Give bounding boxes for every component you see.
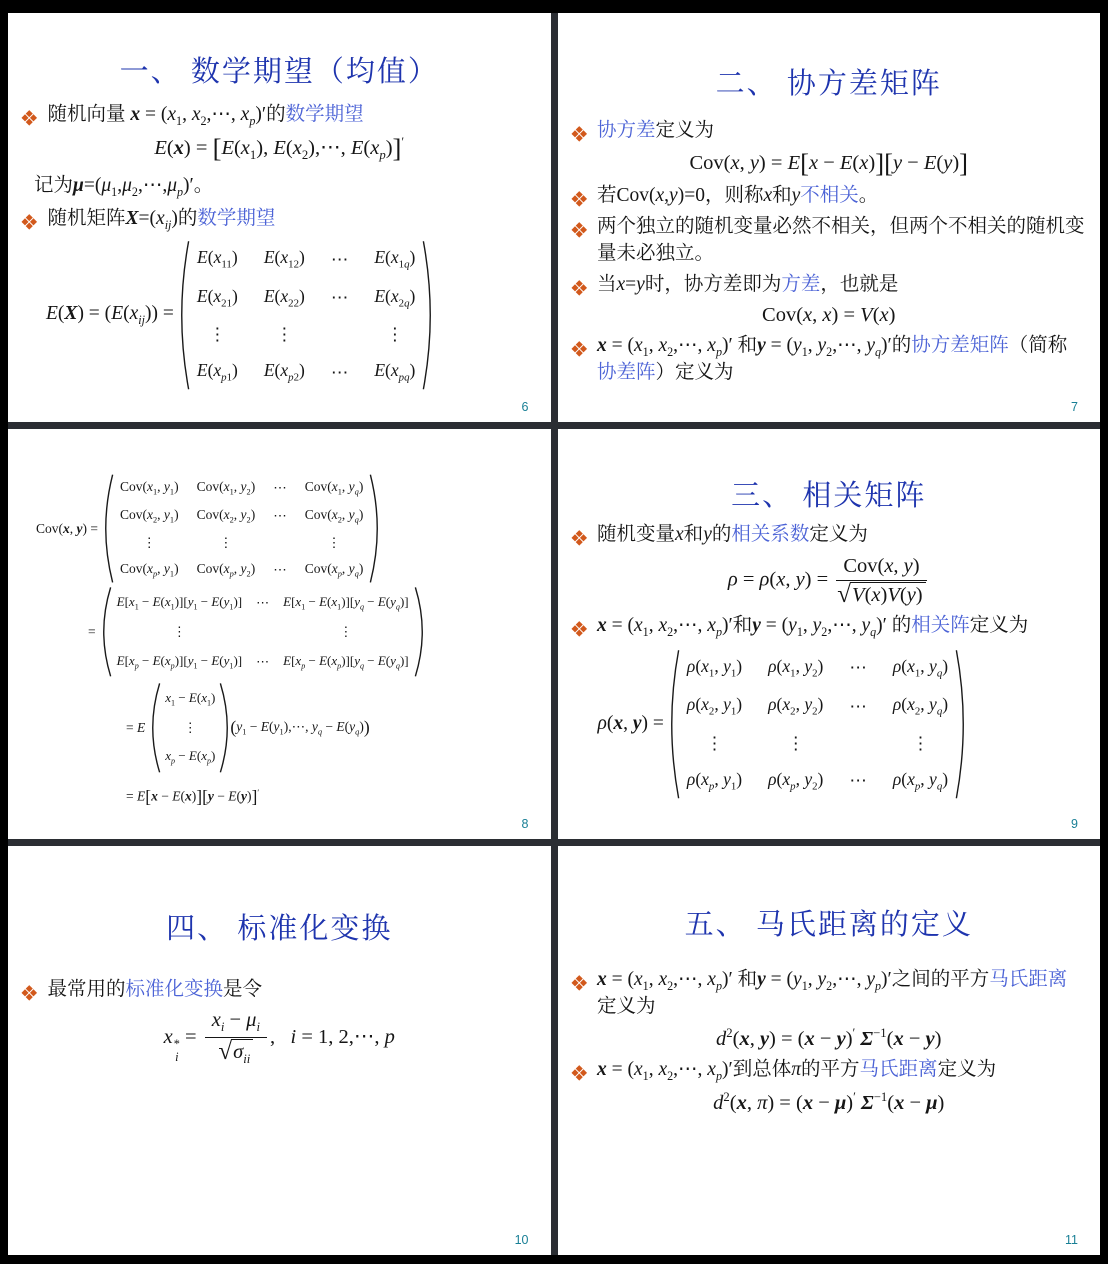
final-expression: = E[x − E(x)][y − E(y)]′ (126, 788, 259, 806)
diamond-bullet-icon (26, 214, 32, 220)
matrix-cell: E(x1q) (374, 247, 415, 271)
covariance-entries-matrix: Cov(x1, y1)Cov(x1, y2)⋯Cov(x1, yq)Cov(x2… (103, 473, 380, 584)
matrix-cell: ⋮ (706, 733, 724, 754)
bullet-text: 协方差定义为 (597, 118, 714, 144)
diamond-bullet-icon (576, 126, 582, 132)
left-paren (150, 682, 161, 774)
matrix-cell: Cov(x2, y2) (197, 507, 256, 525)
bullet-text: x = (x1, x2,⋯, xp)′ 和y = (y1, y2,⋯, yq)′… (597, 333, 1086, 387)
page-number: 10 (515, 1233, 529, 1247)
equals-E-prefix: = E (126, 720, 145, 736)
slide-mahalanobis-distance: 五、 马氏距离的定义 x = (x1, x2,⋯, xp)′ 和y = (y1,… (558, 846, 1101, 1255)
matrix-cell: ⋯ (331, 362, 349, 383)
matrix-cell: ⋯ (273, 508, 287, 524)
matrix-cell: E(x22) (264, 286, 305, 310)
matrix-cell: E[xp − E(xp)][y1 − E(y1)] (117, 653, 243, 671)
bullet-text: x = (x1, x2,⋯, xp)′到总体π的平方马氏距离定义为 (597, 1057, 996, 1084)
bullet-text: 若Cov(x,y)=0，则称x和y不相关。 (597, 183, 878, 209)
slide-covariance-derivation: Cov(x, y) = Cov(x1, y1)Cov(x1, y2)⋯Cov(x… (8, 429, 551, 838)
bullet-text: 随机矩阵X=(xij)的数学期望 (48, 206, 276, 233)
matrix-cell: ⋯ (849, 770, 867, 791)
bullet-item: 随机矩阵X=(xij)的数学期望 (24, 206, 535, 233)
matrix-cell: E(x21) (197, 286, 238, 310)
right-paren (219, 682, 230, 774)
matrix-cell: ⋮ (386, 324, 404, 345)
variance-formula: Cov(x, x) = V(x) (558, 304, 1101, 327)
bullet-text: 当x=y时，协方差即为方差，也就是 (597, 272, 898, 298)
bullet-item: 随机变量x和y的相关系数定义为 (574, 522, 1085, 548)
slide-math-expectation: 一、 数学期望（均值） 随机向量 x = (x1, x2,⋯, xp)′的数学期… (8, 13, 551, 422)
bullet-item: x = (x1, x2,⋯, xp)′ 和y = (y1, y2,⋯, yq)′… (574, 333, 1087, 387)
matrix-cell: ⋮ (184, 720, 197, 736)
matrix-cell: ρ(x1, y2) (768, 656, 823, 680)
matrix-cell: ⋯ (331, 249, 349, 270)
matrix-equation-lhs: E(X) = (E(xij)) = (46, 303, 174, 328)
page-number: 7 (1071, 400, 1078, 414)
matrix-cell: Cov(xp, y2) (197, 561, 256, 579)
slide-title: 一、 数学期望（均值） (8, 13, 551, 90)
matrix-cell: ρ(xp, yq) (893, 769, 948, 793)
matrix-cell: ρ(x1, y1) (687, 656, 742, 680)
matrix-cell: ⋮ (219, 535, 233, 551)
bullet-text: 随机变量x和y的相关系数定义为 (597, 522, 868, 548)
matrix-cell: Cov(x2, yq) (305, 507, 364, 525)
matrix-cell: Cov(x2, y1) (120, 507, 179, 525)
matrix-cell: ⋮ (143, 535, 157, 551)
matrix-cell: ρ(xp, y1) (687, 769, 742, 793)
slide-handout-grid: 一、 数学期望（均值） 随机向量 x = (x1, x2,⋯, xp)′的数学期… (8, 13, 1100, 1255)
matrix-cell: ⋮ (276, 324, 294, 345)
standardization-formula: x*i = xi − μi√σii, i = 1, 2,⋯, p (8, 1009, 551, 1067)
bullet-text: x = (x1, x2,⋯, xp)′ 和y = (y1, y2,⋯, yp)′… (597, 967, 1084, 1021)
matrix-cell: Cov(x1, yq) (305, 479, 364, 497)
matrix-cell: E(x2q) (374, 286, 415, 310)
matrix-cell: E[x1 − E(x1)][y1 − E(y1)] (117, 594, 243, 612)
bullet-item: 协方差定义为 (574, 118, 1087, 144)
bullet-item: 随机向量 x = (x1, x2,⋯, xp)′的数学期望 (24, 102, 535, 129)
matrix-cell: ⋯ (849, 657, 867, 678)
expectation-products-matrix: E[x1 − E(x1)][y1 − E(y1)]⋯E[x1 − E(x1)][… (101, 586, 425, 678)
matrix-cell: Cov(x1, y2) (197, 479, 256, 497)
slide-correlation-matrix: 三、 相关矩阵 随机变量x和y的相关系数定义为 ρ = ρ(x, y) = Co… (558, 429, 1101, 838)
matrix-cell: ⋮ (327, 535, 341, 551)
matrix-cell: Cov(x1, y1) (120, 479, 179, 497)
bullet-text: 随机向量 x = (x1, x2,⋯, xp)′的数学期望 (48, 102, 364, 129)
expectation-vector-formula: E(x) = [E(x1), E(x2),⋯, E(xp)]′ (8, 135, 551, 163)
equals-sign: = (88, 624, 96, 640)
slide-title: 二、 协方差矩阵 (558, 13, 1101, 102)
expectation-matrix-equation: E(X) = (E(xij)) = E(x11)E(x12)⋯E(x1q)E(x… (46, 239, 551, 392)
slide-covariance-matrix: 二、 协方差矩阵 协方差定义为 Cov(x, y) = E[x − E(x)][… (558, 13, 1101, 422)
matrix-cell: x1 − E(x1) (165, 690, 215, 708)
bullet-item: 最常用的标准化变换是令 (24, 977, 535, 1003)
matrix-cell: E(x12) (264, 247, 305, 271)
matrix-cell: Cov(xp, yq) (305, 561, 364, 579)
matrix-cell: ⋯ (331, 287, 349, 308)
matrix-cell: ⋯ (256, 654, 269, 670)
diamond-bullet-icon (576, 530, 582, 536)
matrix-cell: ⋯ (273, 480, 287, 496)
diamond-bullet-icon (576, 191, 582, 197)
covariance-definition-formula: Cov(x, y) = E[x − E(x)][y − E(y)] (558, 150, 1101, 177)
matrix-cell: E[x1 − E(x1)][yq − E(yq)] (283, 594, 409, 612)
diamond-bullet-icon (576, 621, 582, 627)
diamond-bullet-icon (576, 341, 582, 347)
slide-title: 三、 相关矩阵 (558, 429, 1101, 514)
right-paren (955, 648, 966, 801)
matrix-cell: ⋯ (256, 595, 269, 611)
bullet-item: 若Cov(x,y)=0，则称x和y不相关。 (574, 183, 1087, 209)
bullet-item: x = (x1, x2,⋯, xp)′到总体π的平方马氏距离定义为 (574, 1057, 1085, 1084)
bullet-item: 当x=y时，协方差即为方差，也就是 (574, 272, 1087, 298)
matrix-cell: ρ(x2, y2) (768, 694, 823, 718)
bullet-item: x = (x1, x2,⋯, xp)′和y = (y1, y2,⋯, yq)′ … (574, 613, 1085, 640)
matrix-equation-lhs: ρ(x, y) = (598, 713, 664, 735)
matrix-cell: E(xpq) (374, 360, 415, 384)
correlation-matrix-equation: ρ(x, y) = ρ(x1, y1)ρ(x1, y2)⋯ρ(x1, yq)ρ(… (598, 648, 1101, 801)
matrix-cell: Cov(xp, y1) (120, 561, 179, 579)
cov-lhs: Cov(x, y) = (36, 521, 98, 537)
matrix-cell: ⋯ (273, 562, 287, 578)
matrix-cell: xp − E(xp) (165, 748, 215, 766)
page-number: 9 (1071, 817, 1078, 831)
matrix-cell: E[xp − E(xp)][yq − E(yq)] (283, 653, 409, 671)
diamond-bullet-icon (576, 975, 582, 981)
bullet-text: 两个独立的随机变量必然不相关，但两个不相关的随机变量未必独立。 (597, 214, 1086, 267)
slide-title: 四、 标准化变换 (8, 846, 551, 947)
matrix-cell: ρ(x2, y1) (687, 694, 742, 718)
slide-title: 五、 马氏距离的定义 (558, 846, 1101, 943)
left-paren (179, 239, 190, 392)
bullet-text: x = (x1, x2,⋯, xp)′和y = (y1, y2,⋯, yq)′ … (597, 613, 1028, 640)
matrix-cell: ⋮ (209, 324, 227, 345)
row-vector-expression: (y1 − E(y1),⋯, yq − E(yq)) (230, 719, 369, 737)
slide-standardization: 四、 标准化变换 最常用的标准化变换是令 x*i = xi − μi√σii, … (8, 846, 551, 1255)
column-vector-matrix: x1 − E(x1)⋮xp − E(xp) (150, 682, 230, 774)
matrix-cell: ρ(x1, yq) (893, 656, 948, 680)
page-number: 11 (1065, 1233, 1078, 1247)
right-paren (369, 473, 380, 584)
derivation-row-3: = E x1 − E(x1)⋮xp − E(xp) (y1 − E(y1),⋯,… (126, 682, 551, 774)
bullet-item: 两个独立的随机变量必然不相关，但两个不相关的随机变量未必独立。 (574, 214, 1087, 267)
matrix-cell: ρ(xp, y2) (768, 769, 823, 793)
derivation-row-1: Cov(x, y) = Cov(x1, y1)Cov(x1, y2)⋯Cov(x… (36, 473, 551, 584)
derivation-row-2: = E[x1 − E(x1)][y1 − E(y1)]⋯E[x1 − E(x1)… (88, 586, 551, 678)
expectation-matrix: E(x11)E(x12)⋯E(x1q)E(x21)E(x22)⋯E(x2q)⋮⋮… (179, 239, 433, 392)
bullet-item: x = (x1, x2,⋯, xp)′ 和y = (y1, y2,⋯, yp)′… (574, 967, 1085, 1021)
matrix-cell: E(xp1) (197, 360, 238, 384)
page-number: 8 (522, 817, 529, 831)
left-paren (103, 473, 114, 584)
matrix-cell: ⋮ (173, 624, 186, 640)
right-paren (414, 586, 425, 678)
diamond-bullet-icon (576, 222, 582, 228)
matrix-cell: ⋮ (339, 624, 352, 640)
matrix-cell: E(x11) (197, 247, 238, 271)
mu-notation-note: 记为μ=(μ1,μ2,⋯,μp)′。 (34, 169, 551, 200)
bullet-text: 最常用的标准化变换是令 (48, 977, 263, 1003)
left-paren (669, 648, 680, 801)
derivation-row-4: = E[x − E(x)][y − E(y)]′ (126, 788, 551, 806)
diamond-bullet-icon (26, 110, 32, 116)
diamond-bullet-icon (576, 280, 582, 286)
mahalanobis-xy-formula: d2(x, y) = (x − y)′ Σ−1(x − y) (558, 1026, 1101, 1051)
correlation-coefficient-formula: ρ = ρ(x, y) = Cov(x, y)√V(x)V(y) (558, 555, 1101, 607)
matrix-cell: ⋮ (912, 733, 930, 754)
page-number: 6 (522, 400, 529, 414)
matrix-cell: E(xp2) (264, 360, 305, 384)
right-paren (422, 239, 433, 392)
correlation-matrix: ρ(x1, y1)ρ(x1, y2)⋯ρ(x1, yq)ρ(x2, y1)ρ(x… (669, 648, 966, 801)
matrix-cell: ρ(x2, yq) (893, 694, 948, 718)
matrix-cell: ⋮ (787, 733, 805, 754)
matrix-cell: ⋯ (849, 696, 867, 717)
left-paren (101, 586, 112, 678)
diamond-bullet-icon (26, 985, 32, 991)
mahalanobis-population-formula: d2(x, π) = (x − μ)′ Σ−1(x − μ) (558, 1090, 1101, 1115)
diamond-bullet-icon (576, 1065, 582, 1071)
